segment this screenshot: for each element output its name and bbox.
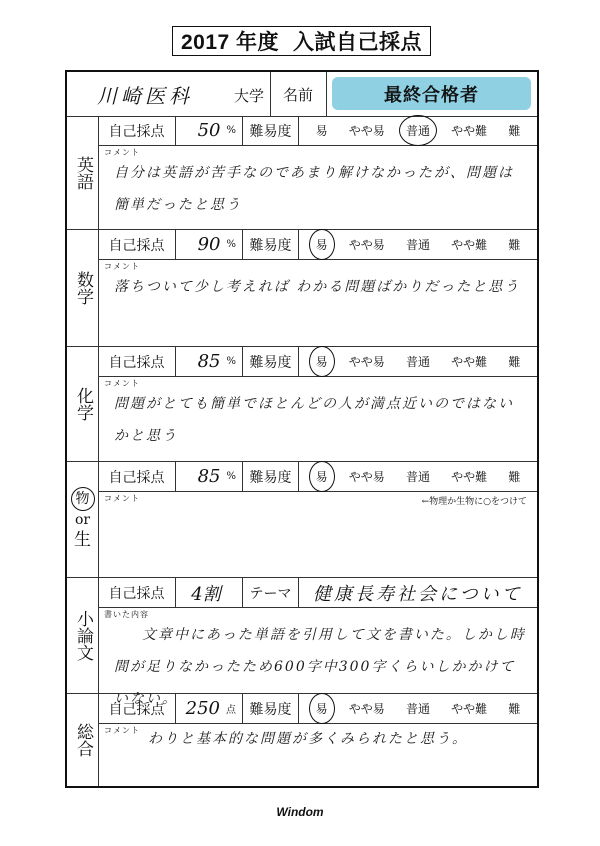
difficulty-option-somewhat-hard[interactable]: やや難: [448, 351, 490, 372]
comment-label: コメント: [104, 493, 140, 504]
difficulty-label: 難易度: [243, 116, 299, 145]
difficulty-option-somewhat-easy[interactable]: やや易: [346, 351, 388, 372]
name-label: 名前: [270, 72, 327, 116]
comment-text: わりと基本的な問題が多くみられたと思う。: [148, 723, 527, 755]
comment-text: 自分は英語が苦手なのであまり解けなかったが、問題は簡単だったと思う: [114, 157, 527, 221]
difficulty-label: 難易度: [243, 462, 299, 491]
difficulty-option-normal[interactable]: 普通: [403, 351, 433, 372]
name-badge: 最終合格者: [332, 77, 531, 110]
difficulty-option-hard[interactable]: 難: [505, 466, 523, 487]
subject-label: 化学: [67, 347, 99, 461]
score-row: 自己採点 50% 難易度 易 やや易 普通 やや難 難: [98, 116, 537, 146]
score-unit: 点: [226, 701, 236, 716]
brand-footer: Windom: [0, 805, 600, 819]
difficulty-option-somewhat-hard[interactable]: やや難: [448, 234, 490, 255]
difficulty-option-hard[interactable]: 難: [505, 698, 523, 719]
difficulty-options: 易 やや易 普通 やや難 難: [299, 694, 537, 723]
score-label: 自己採点: [98, 347, 176, 376]
score-value: 85: [198, 351, 221, 372]
score-label: 自己採点: [98, 116, 176, 145]
difficulty-option-normal[interactable]: 普通: [403, 466, 433, 487]
difficulty-option-easy[interactable]: 易: [313, 120, 331, 141]
score-unit: %: [226, 239, 236, 250]
self-score-sheet: 川崎医科 大学 名前 最終合格者 英語 自己採点 50% 難易度 易 やや易 普…: [65, 70, 539, 788]
difficulty-label: 難易度: [243, 694, 299, 723]
score-unit: %: [226, 125, 236, 136]
section-english: 英語 自己採点 50% 難易度 易 やや易 普通 やや難 難 コメント 自分は英…: [67, 116, 537, 230]
score-label: 自己採点: [98, 578, 176, 607]
difficulty-option-normal[interactable]: 普通: [403, 120, 433, 141]
score-field[interactable]: 85%: [176, 347, 243, 376]
comment-field[interactable]: コメント ←物理か生物に○をつけて: [98, 491, 537, 577]
header-row: 川崎医科 大学 名前 最終合格者: [67, 72, 537, 117]
written-content-field[interactable]: 書いた内容 文章中にあった単語を引用して文を書いた。しかし時間が足りなかったため…: [98, 607, 537, 693]
theme-value: 健康長寿社会について: [313, 580, 523, 606]
subject-or: or: [75, 511, 90, 529]
title-main: 入試自己採点: [293, 26, 422, 56]
comment-text: 落ちついて少し考えれば わかる問題ばかりだったと思う: [114, 271, 527, 303]
score-value: 90: [198, 234, 221, 255]
difficulty-option-normal[interactable]: 普通: [403, 698, 433, 719]
comment-field[interactable]: コメント 自分は英語が苦手なのであまり解けなかったが、問題は簡単だったと思う: [98, 145, 537, 229]
title-year: 2017 年度: [181, 26, 279, 56]
difficulty-option-hard[interactable]: 難: [505, 234, 523, 255]
difficulty-option-normal[interactable]: 普通: [403, 234, 433, 255]
score-row: 自己採点 85% 難易度 易 やや易 普通 やや難 難: [98, 462, 537, 492]
score-unit: %: [226, 356, 236, 367]
comment-text: 問題がとても簡単でほとんどの人が満点近いのではないかと思う: [114, 388, 527, 452]
section-total: 総合 自己採点 250点 難易度 易 やや易 普通 やや難 難 コメント わりと…: [67, 694, 537, 786]
subject-biology[interactable]: 生: [74, 529, 91, 552]
difficulty-option-somewhat-easy[interactable]: やや易: [346, 698, 388, 719]
score-label: 自己採点: [98, 694, 176, 723]
difficulty-label: 難易度: [243, 230, 299, 259]
difficulty-option-easy[interactable]: 易: [313, 466, 331, 487]
score-row: 自己採点 4割 テーマ 健康長寿社会について: [98, 578, 537, 608]
difficulty-options: 易 やや易 普通 やや難 難: [299, 230, 537, 259]
subject-label: 小論文: [67, 578, 99, 693]
score-row: 自己採点 85% 難易度 易 やや易 普通 やや難 難: [98, 347, 537, 377]
difficulty-option-hard[interactable]: 難: [505, 351, 523, 372]
difficulty-option-somewhat-hard[interactable]: やや難: [448, 466, 490, 487]
subject-physics-circled[interactable]: 物: [71, 487, 95, 511]
section-math: 数学 自己採点 90% 難易度 易 やや易 普通 やや難 難 コメント 落ちつい…: [67, 230, 537, 347]
score-field[interactable]: 4割: [176, 578, 243, 607]
difficulty-options: 易 やや易 普通 やや難 難: [299, 462, 537, 491]
comment-field[interactable]: コメント わりと基本的な問題が多くみられたと思う。: [98, 723, 537, 786]
university-field[interactable]: 川崎医科 大学: [67, 72, 271, 116]
score-value: 250: [186, 698, 220, 719]
section-chemistry: 化学 自己採点 85% 難易度 易 やや易 普通 やや難 難 コメント 問題がと…: [67, 347, 537, 462]
difficulty-option-hard[interactable]: 難: [505, 120, 523, 141]
difficulty-option-easy[interactable]: 易: [313, 698, 331, 719]
score-value: 4割: [191, 580, 220, 606]
comment-field[interactable]: コメント 落ちついて少し考えれば わかる問題ばかりだったと思う: [98, 259, 537, 346]
page-title: 2017 年度 入試自己採点: [172, 26, 431, 56]
difficulty-label: 難易度: [243, 347, 299, 376]
difficulty-option-easy[interactable]: 易: [313, 351, 331, 372]
difficulty-option-somewhat-easy[interactable]: やや易: [346, 234, 388, 255]
subject-text: 英語: [71, 156, 94, 190]
subject-label: 総合: [67, 694, 99, 786]
subject-text: 総合: [71, 723, 94, 757]
score-value: 85: [198, 466, 221, 487]
theme-field[interactable]: 健康長寿社会について: [299, 578, 537, 607]
comment-label: コメント: [104, 725, 140, 736]
subject-text: 小論文: [71, 610, 94, 661]
difficulty-options: 易 やや易 普通 やや難 難: [299, 347, 537, 376]
difficulty-option-easy[interactable]: 易: [313, 234, 331, 255]
score-label: 自己採点: [98, 230, 176, 259]
score-unit: %: [226, 471, 236, 482]
subject-label: 数学: [67, 230, 99, 346]
university-label: 大学: [234, 85, 264, 106]
score-row: 自己採点 250点 難易度 易 やや易 普通 やや難 難: [98, 694, 537, 724]
difficulty-option-somewhat-easy[interactable]: やや易: [346, 466, 388, 487]
subject-text: 数学: [71, 271, 94, 305]
section-physics-or-biology: 物 or 生 自己採点 85% 難易度 易 やや易 普通 やや難 難 コメント …: [67, 462, 537, 578]
subject-label: 物 or 生: [67, 462, 99, 577]
subject-choice-note: ←物理か生物に○をつけて: [422, 494, 527, 507]
difficulty-option-somewhat-hard[interactable]: やや難: [448, 698, 490, 719]
university-name: 川崎医科: [97, 80, 193, 109]
score-value: 50: [198, 120, 221, 141]
comment-field[interactable]: コメント 問題がとても簡単でほとんどの人が満点近いのではないかと思う: [98, 376, 537, 461]
subject-label: 英語: [67, 116, 99, 229]
score-field[interactable]: 90%: [176, 230, 243, 259]
difficulty-options: 易 やや易 普通 やや難 難: [299, 116, 537, 145]
difficulty-option-somewhat-easy[interactable]: やや易: [346, 120, 388, 141]
score-field[interactable]: 85%: [176, 462, 243, 491]
score-field[interactable]: 50%: [176, 116, 243, 145]
theme-label: テーマ: [243, 578, 299, 607]
difficulty-option-somewhat-hard[interactable]: やや難: [448, 120, 490, 141]
score-row: 自己採点 90% 難易度 易 やや易 普通 やや難 難: [98, 230, 537, 260]
score-field[interactable]: 250点: [176, 694, 243, 723]
section-essay: 小論文 自己採点 4割 テーマ 健康長寿社会について 書いた内容 文章中にあった…: [67, 578, 537, 694]
subject-text: 化学: [71, 387, 94, 421]
score-label: 自己採点: [98, 462, 176, 491]
